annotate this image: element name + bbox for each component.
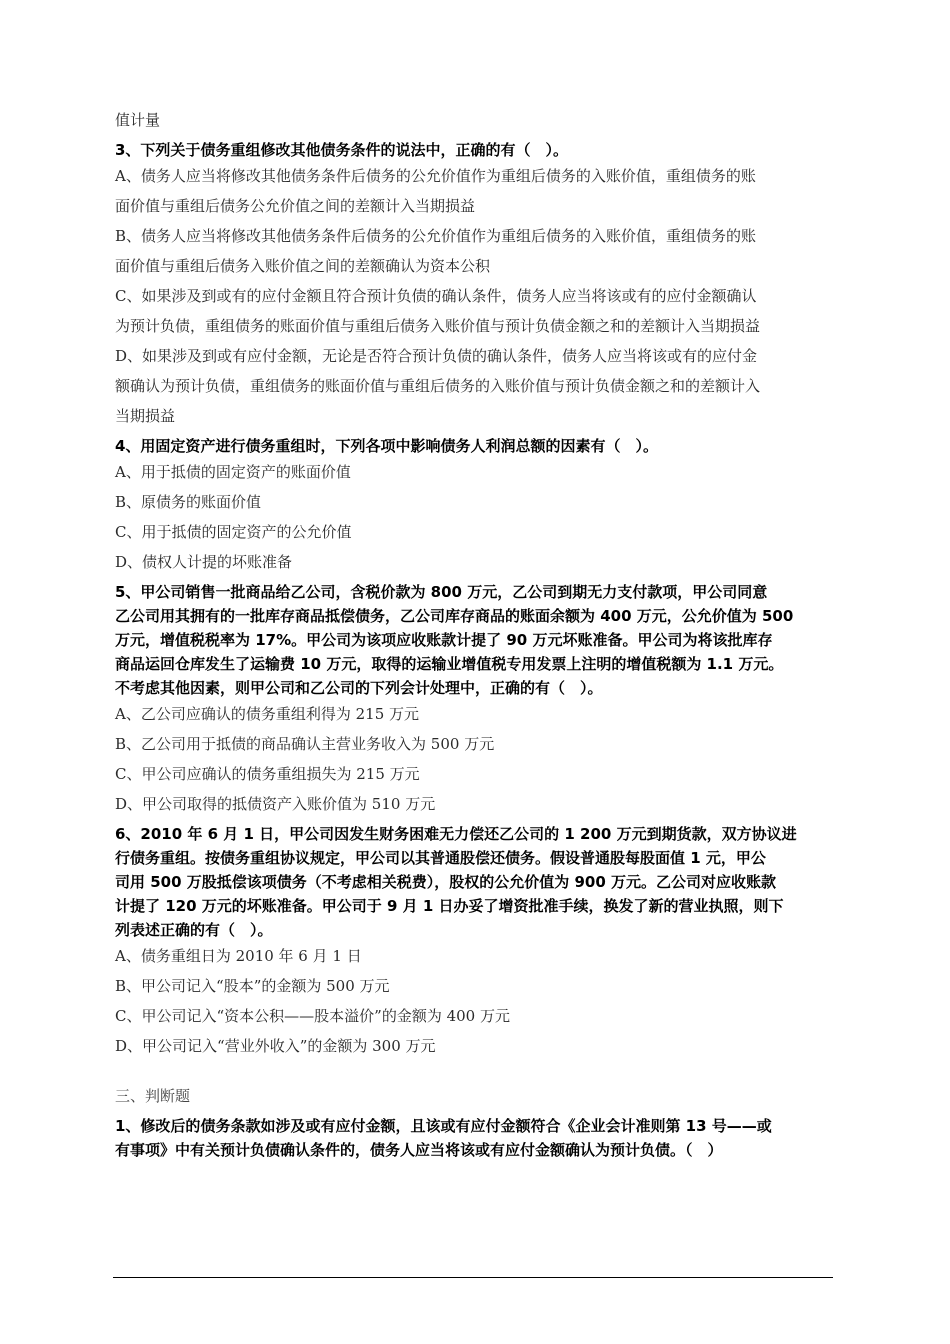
option-c: C、甲公司应确认的债务重组损失为 215 万元 [115,761,840,791]
question-6: 6、2010 年 6 月 1 日，甲公司因发生财务困难无力偿还乙公司的 1 20… [115,823,840,1063]
question-stem-line-1: 5、甲公司销售一批商品给乙公司，含税价款为 800 万元，乙公司到期无力支付款项… [115,581,840,605]
option-a-line-1: A、债务人应当将修改其他债务条件后债务的公允价值作为重组后债务的入账价值，重组债… [115,163,840,193]
option-b: B、乙公司用于抵债的商品确认主营业务收入为 500 万元 [115,731,840,761]
section-heading: 三、判断题 [115,1083,840,1113]
continued-text: 值计量 [115,107,840,137]
question-stem: 3、下列关于债务重组修改其他债务条件的说法中，正确的有（ ）。 [115,139,840,163]
option-b-line-1: B、债务人应当将修改其他债务条件后债务的公允价值作为重组后债务的入账价值，重组债… [115,223,840,253]
question-stem-line-2: 乙公司用其拥有的一批库存商品抵偿债务，乙公司库存商品的账面余额为 400 万元，… [115,605,840,629]
option-c-line-1: C、如果涉及到或有的应付金额且符合预计负债的确认条件，债务人应当将该或有的应付金… [115,283,840,313]
question-stem-line-1: 6、2010 年 6 月 1 日，甲公司因发生财务困难无力偿还乙公司的 1 20… [115,823,840,847]
option-b: B、原债务的账面价值 [115,489,840,519]
option-a: A、用于抵债的固定资产的账面价值 [115,459,840,489]
question-stem-line-3: 万元，增值税税率为 17%。甲公司为该项应收账款计提了 90 万元坏账准备。甲公… [115,629,840,653]
question-3: 3、下列关于债务重组修改其他债务条件的说法中，正确的有（ ）。 A、债务人应当将… [115,139,840,433]
option-b-line-2: 面价值与重组后债务入账价值之间的差额确认为资本公积 [115,253,840,283]
question-stem-line-4: 商品运回仓库发生了运输费 10 万元，取得的运输业增值税专用发票上注明的增值税额… [115,653,840,677]
document-page: 值计量 3、下列关于债务重组修改其他债务条件的说法中，正确的有（ ）。 A、债务… [0,0,950,1344]
option-d: D、甲公司取得的抵债资产入账价值为 510 万元 [115,791,840,821]
question-stem-line-1: 1、修改后的债务条款如涉及或有应付金额，且该或有应付金额符合《企业会计准则第 1… [115,1115,840,1139]
option-c: C、甲公司记入“资本公积——股本溢价”的金额为 400 万元 [115,1003,840,1033]
option-d: D、债权人计提的坏账准备 [115,549,840,579]
option-a: A、乙公司应确认的债务重组利得为 215 万元 [115,701,840,731]
option-c-line-2: 为预计负债，重组债务的账面价值与重组后债务入账价值与预计负债金额之和的差额计入当… [115,313,840,343]
question-stem-line-5: 列表述正确的有（ ）。 [115,919,840,943]
option-b: B、甲公司记入“股本”的金额为 500 万元 [115,973,840,1003]
page-content: 值计量 3、下列关于债务重组修改其他债务条件的说法中，正确的有（ ）。 A、债务… [115,107,840,1163]
option-d-line-3: 当期损益 [115,403,840,433]
question-stem-line-3: 司用 500 万股抵偿该项债务（不考虑相关税费），股权的公允价值为 900 万元… [115,871,840,895]
question-5: 5、甲公司销售一批商品给乙公司，含税价款为 800 万元，乙公司到期无力支付款项… [115,581,840,821]
judgement-question-1: 1、修改后的债务条款如涉及或有应付金额，且该或有应付金额符合《企业会计准则第 1… [115,1115,840,1163]
option-a-line-2: 面价值与重组后债务公允价值之间的差额计入当期损益 [115,193,840,223]
question-stem-line-2: 行债务重组。按债务重组协议规定，甲公司以其普通股偿还债务。假设普通股每股面值 1… [115,847,840,871]
question-stem-line-4: 计提了 120 万元的坏账准备。甲公司于 9 月 1 日办妥了增资批准手续，换发… [115,895,840,919]
option-d: D、甲公司记入“营业外收入”的金额为 300 万元 [115,1033,840,1063]
option-d-line-2: 额确认为预计负债，重组债务的账面价值与重组后债务的入账价值与预计负债金额之和的差… [115,373,840,403]
option-a: A、债务重组日为 2010 年 6 月 1 日 [115,943,840,973]
question-stem-line-5: 不考虑其他因素，则甲公司和乙公司的下列会计处理中，正确的有（ ）。 [115,677,840,701]
question-stem-line-2: 有事项》中有关预计负债确认条件的，债务人应当将该或有应付金额确认为预计负债。（ … [115,1139,840,1163]
option-d-line-1: D、如果涉及到或有应付金额，无论是否符合预计负债的确认条件，债务人应当将该或有的… [115,343,840,373]
question-4: 4、用固定资产进行债务重组时，下列各项中影响债务人利润总额的因素有（ ）。 A、… [115,435,840,579]
footer-divider [113,1277,833,1278]
option-c: C、用于抵债的固定资产的公允价值 [115,519,840,549]
question-stem: 4、用固定资产进行债务重组时，下列各项中影响债务人利润总额的因素有（ ）。 [115,435,840,459]
